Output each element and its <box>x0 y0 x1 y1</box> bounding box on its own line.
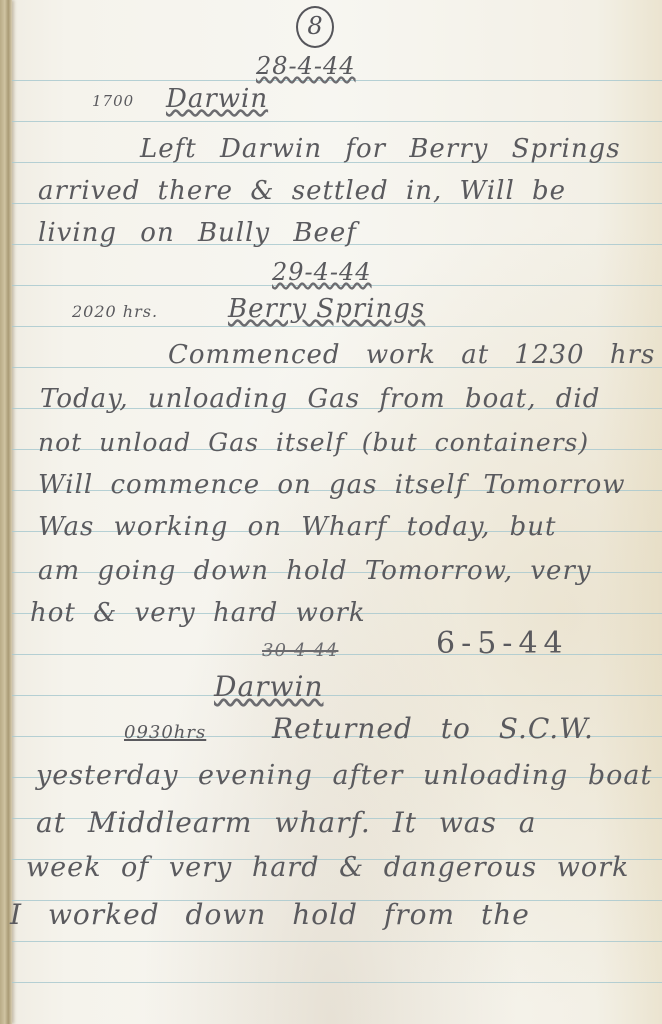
entry-line: not unload Gas itself (but containers) <box>38 428 589 457</box>
entry-time: 0930hrs <box>124 722 206 743</box>
entry-place: Berry Springs <box>228 294 425 324</box>
entry-date: 28-4-44 <box>256 52 356 80</box>
entry-time: 2020 hrs. <box>72 302 158 321</box>
ruled-line <box>12 695 662 696</box>
struck-date: 30-4-44 <box>262 640 338 661</box>
entry-line: living on Bully Beef <box>38 218 357 248</box>
entry-line: Commenced work at 1230 hrs <box>168 340 655 370</box>
entry-line: Was working on Wharf today, but <box>38 512 556 542</box>
entry-line: hot & very hard work <box>30 598 366 628</box>
entry-place: Darwin <box>214 670 323 703</box>
entry-line: yesterday evening after unloading boat <box>36 760 652 791</box>
ruled-line <box>12 121 662 122</box>
entry-line: I worked down hold from the <box>10 898 530 931</box>
ruled-line <box>12 80 662 81</box>
ruled-line <box>12 326 662 327</box>
diary-page: 8 28-4-44 1700 Darwin Left Darwin for Be… <box>0 0 662 1024</box>
book-binding-edge <box>0 0 12 1024</box>
entry-line: Today, unloading Gas from boat, did <box>40 384 600 414</box>
entry-time: 1700 <box>92 92 134 110</box>
entry-line: am going down hold Tomorrow, very <box>38 556 592 586</box>
entry-line: Left Darwin for Berry Springs <box>140 134 621 164</box>
entry-line: at Middlearm wharf. It was a <box>36 806 536 839</box>
entry-date: 6-5-44 <box>436 626 569 661</box>
entry-line: week of very hard & dangerous work <box>26 852 629 883</box>
entry-line: arrived there & settled in, Will be <box>38 176 566 206</box>
page-number: 8 <box>296 6 334 48</box>
entry-line: Will commence on gas itself Tomorrow <box>38 470 626 500</box>
ruled-line <box>12 941 662 942</box>
entry-place: Darwin <box>166 84 268 114</box>
ruled-line <box>12 982 662 983</box>
entry-line: Returned to S.C.W. <box>272 712 594 745</box>
entry-date: 29-4-44 <box>272 258 372 286</box>
